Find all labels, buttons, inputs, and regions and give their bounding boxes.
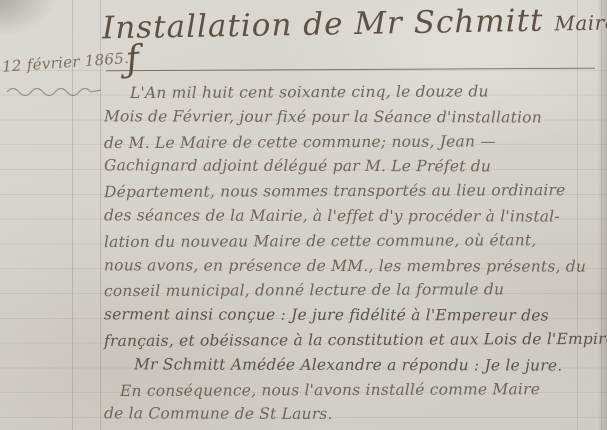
manuscript-line: Mois de Février, jour fixé pour la Séanc… [104, 104, 601, 130]
title-underline [106, 68, 595, 72]
manuscript-line: Mr Schmitt Amédée Alexandre a répondu : … [104, 352, 601, 378]
manuscript-line: Département, nous sommes transportés au … [104, 178, 601, 205]
manuscript-line: français, et obéissance à la constitutio… [104, 327, 601, 354]
title-main: Installation de Mr Schmitt [102, 3, 544, 47]
document-title: Installation de Mr Schmitt Maire. [102, 2, 607, 47]
wavy-divider-icon [6, 85, 104, 97]
title-suffix: Maire. [554, 10, 607, 35]
manuscript-body: L'An mil huit cent soixante cinq, le dou… [104, 80, 601, 427]
manuscript-line: lation du nouveau Maire de cette commune… [104, 228, 601, 255]
flourish-mark-icon: ƒ [124, 41, 141, 78]
manuscript-line: de la Commune de St Laurs. [104, 402, 601, 428]
manuscript-line: En conséquence, nous l'avons installé co… [104, 376, 601, 403]
manuscript-line: L'An mil huit cent soixante cinq, le dou… [104, 79, 601, 106]
manuscript-line: des séances de la Mairie, à l'effet d'y … [104, 203, 601, 229]
margin-date: 12 février 1865. [2, 50, 113, 76]
manuscript-line: nous avons, en présence de MM., les memb… [104, 253, 601, 279]
manuscript-line: Gachignard adjoint délégué par M. Le Pré… [104, 154, 601, 180]
manuscript-line: de M. Le Maire de cette commune; nous, J… [104, 129, 601, 156]
manuscript-page: 12 février 1865. Installation de Mr Schm… [0, 0, 607, 430]
manuscript-line: conseil municipal, donné lecture de la f… [104, 277, 601, 304]
manuscript-line: serment ainsi conçue : Je jure fidélité … [104, 303, 601, 329]
